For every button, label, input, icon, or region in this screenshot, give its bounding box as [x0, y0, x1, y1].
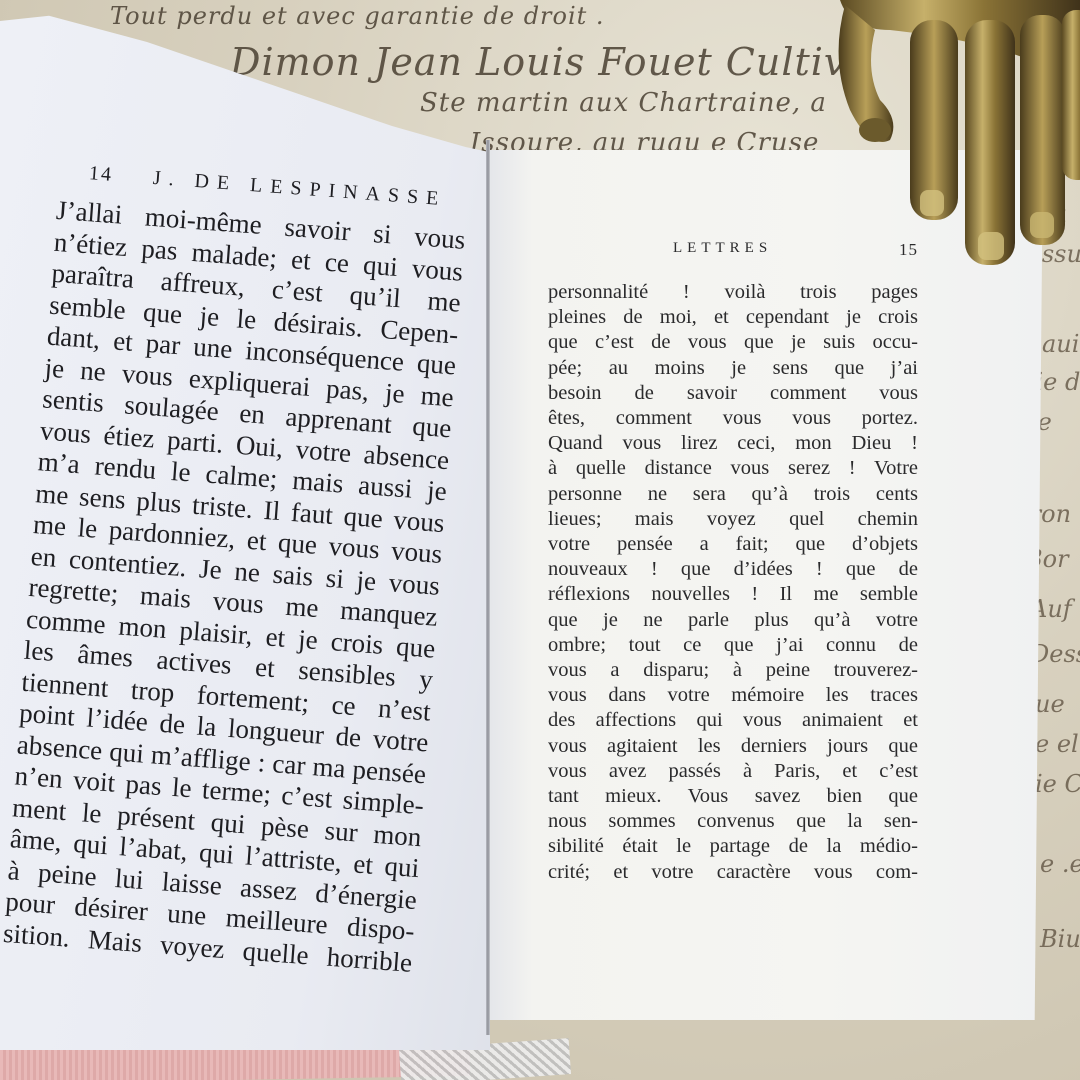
- right-running-title: LETTRES: [673, 240, 772, 260]
- left-page-body: J’allai moi-même savoir si vous n’étiez …: [2, 195, 466, 979]
- manuscript-fragment: ie C: [1035, 770, 1080, 798]
- manuscript-fragment: e el: [1035, 730, 1079, 758]
- text-line: à quelle distance vous serez ! Votre: [548, 456, 918, 481]
- text-line: Quand vous lirez ceci, mon Dieu !: [548, 431, 918, 456]
- text-line: vous a disparu; à peine trouverez-: [548, 658, 918, 683]
- text-line: pée; au moins je sens que j’ai: [548, 356, 918, 381]
- manuscript-fragment: e .e: [1040, 850, 1080, 878]
- text-line: nouveaux ! que d’idées ! que de: [548, 557, 918, 582]
- text-line: votre pensée a fait; que d’objets: [548, 532, 918, 557]
- text-line: pleines de moi, et cependant je crois: [548, 305, 918, 330]
- manuscript-fragment: Biu: [1040, 925, 1080, 953]
- text-line: êtes, comment vous vous portez.: [548, 406, 918, 431]
- text-line: crité; et votre caractère vous com-: [548, 860, 918, 885]
- left-page-text: 14 J. DE LESPINASSE J’allai moi-même sav…: [2, 160, 469, 979]
- text-line: personnalité ! voilà trois pages: [548, 280, 918, 305]
- text-line: que je ne parle plus qu’à votre: [548, 608, 918, 633]
- manuscript-line: Dimon Jean Louis Fouet Cultiva: [230, 40, 870, 84]
- text-line: lieues; mais voyez quel chemin: [548, 507, 918, 532]
- text-line: que c’est de vous que je suis occu-: [548, 330, 918, 355]
- text-line: tant mieux. Vous savez bien que: [548, 784, 918, 809]
- text-line: réflexions nouvelles ! Il me semble: [548, 582, 918, 607]
- text-line: vous avez passés à Paris, et c’est: [548, 759, 918, 784]
- right-page-body: personnalité ! voilà trois pages pleines…: [548, 280, 918, 885]
- text-line: nous sommes convenus que la sen-: [548, 809, 918, 834]
- right-page-text: LETTRES 15 personnalité ! voilà trois pa…: [548, 240, 918, 885]
- text-line: sibilité était le partage de la médio-: [548, 834, 918, 859]
- manuscript-line: Ste martin aux Chartraine, a: [420, 88, 827, 118]
- page-number-14: 14: [88, 162, 114, 187]
- manuscript-fragment: ue: [1035, 690, 1065, 718]
- text-line: vous dans votre mémoire les traces: [548, 683, 918, 708]
- text-line: ombre; tout ce que j’ai connu de: [548, 633, 918, 658]
- manuscript-line: Tout perdu et avec garantie de droit .: [110, 2, 605, 30]
- text-line: des affections qui vous animaient et: [548, 708, 918, 733]
- book-gutter: [486, 140, 490, 1035]
- text-line: vous agitaient les derniers jours que: [548, 734, 918, 759]
- text-line: personne ne sera qu’à trois cents: [548, 482, 918, 507]
- text-line: besoin de savoir comment vous: [548, 381, 918, 406]
- brass-hand-paperweight-icon: [830, 0, 1080, 270]
